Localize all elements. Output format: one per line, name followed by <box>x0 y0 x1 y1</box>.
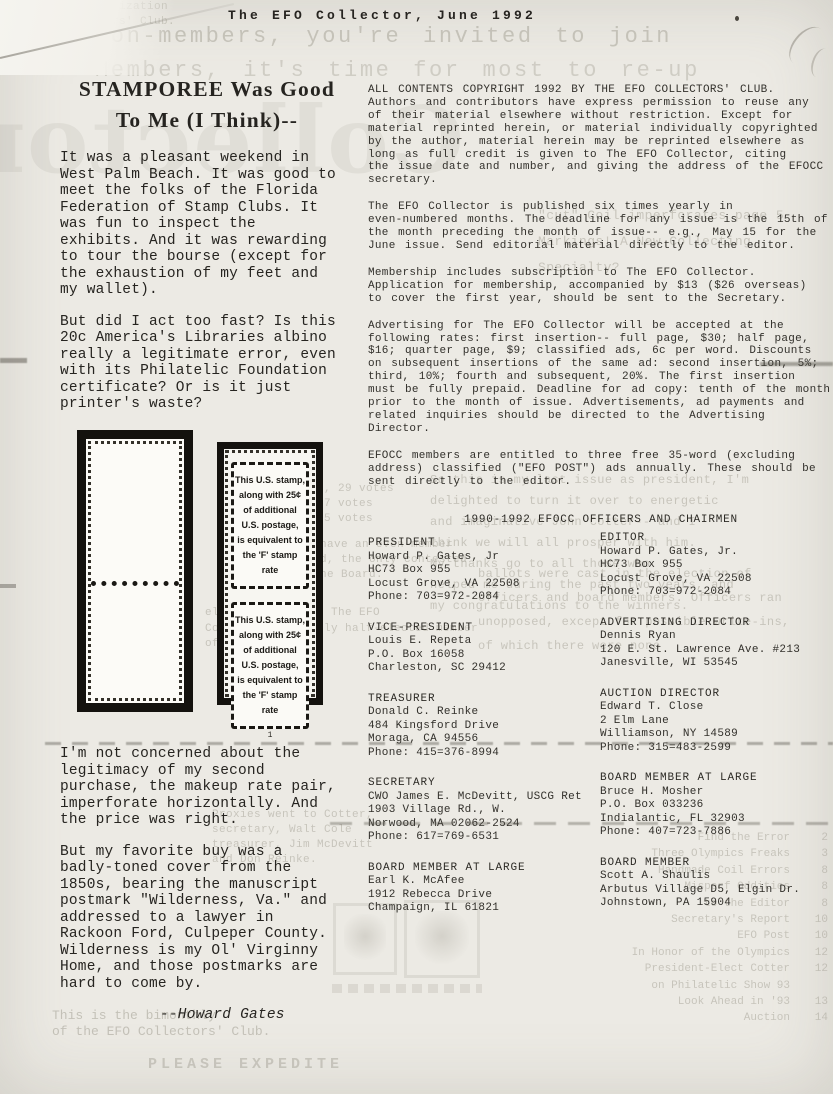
officer-address: Edward T. Close 2 Elm Lane Williamson, N… <box>600 701 833 755</box>
stamp-perforation-edge <box>88 441 182 701</box>
masthead-column: ALL CONTENTS COPYRIGHT 1992 BY THE EFO C… <box>368 84 833 502</box>
officer-title: AUCTION DIRECTOR <box>600 688 833 702</box>
masthead-paragraph: Advertising for The EFO Collector will b… <box>368 320 833 436</box>
article-title: STAMPOREE Was Good To Me (I Think)-- <box>60 74 354 136</box>
officer-block: PRESIDENT Howard P. Gates, Jr HC73 Box 9… <box>368 537 600 605</box>
masthead-paragraph: The EFO Collector is published six times… <box>368 201 833 253</box>
officer-address: Howard P. Gates, Jr. HC73 Box 955 Locust… <box>600 546 833 600</box>
officer-title: ADVERTISING DIRECTOR <box>600 617 833 631</box>
makeup-stamp-text: This U.S. stamp, along with 25¢ of addit… <box>231 602 309 729</box>
masthead-paragraph: EFOCC members are entitled to three free… <box>368 450 833 489</box>
officer-address: CWO James E. McDevitt, USCG Ret 1903 Vil… <box>368 791 600 845</box>
officer-block: VICE-PRESIDENT Louis E. Repeta P.O. Box … <box>368 622 600 676</box>
officer-block: SECRETARY CWO James E. McDevitt, USCG Re… <box>368 777 600 845</box>
officers-section: PRESIDENT Howard P. Gates, Jr HC73 Box 9… <box>368 537 833 933</box>
officer-address: Scott A. Shaulis Arbutus Village D5, Elg… <box>600 870 833 911</box>
officer-block: ADVERTISING DIRECTOR Dennis Ryan 120 E. … <box>600 617 833 671</box>
article-paragraph: But did I act too fast? Is this 20c Amer… <box>60 314 354 413</box>
officer-block: BOARD MEMBER Scott A. Shaulis Arbutus Vi… <box>600 857 833 911</box>
officer-title: PRESIDENT <box>368 537 600 551</box>
officer-address: Howard P. Gates, Jr HC73 Box 955 Locust … <box>368 551 600 605</box>
page-number: 2 <box>18 14 28 32</box>
stamp-perforation-row <box>91 581 179 586</box>
officer-block: BOARD MEMBER AT LARGE Bruce H. Mosher P.… <box>600 772 833 840</box>
article-paragraphs-top: It was a pleasant weekend in West Palm B… <box>60 150 354 413</box>
officer-block: BOARD MEMBER AT LARGE Earl K. McAfee 191… <box>368 862 600 916</box>
author-signature: --Howard Gates <box>160 1007 360 1023</box>
officer-address: Donald C. Reinke 484 Kingsford Drive Mor… <box>368 706 600 760</box>
officer-block: AUCTION DIRECTOR Edward T. Close 2 Elm L… <box>600 688 833 756</box>
article-paragraph: It was a pleasant weekend in West Palm B… <box>60 150 354 299</box>
officer-address: Bruce H. Mosher P.O. Box 033236 Indialan… <box>600 786 833 840</box>
officer-title: TREASURER <box>368 693 600 707</box>
plate-number-mark: 1 <box>224 731 316 740</box>
article-column-top: STAMPOREE Was Good To Me (I Think)-- It … <box>60 74 354 428</box>
officer-block: TREASURER Donald C. Reinke 484 Kingsford… <box>368 693 600 761</box>
officer-title: BOARD MEMBER AT LARGE <box>600 772 833 786</box>
masthead-paragraph: ALL CONTENTS COPYRIGHT 1992 BY THE EFO C… <box>368 84 833 187</box>
officer-address: Louis E. Repeta P.O. Box 16058 Charlesto… <box>368 635 600 676</box>
officer-title: BOARD MEMBER AT LARGE <box>368 862 600 876</box>
officer-title: VICE-PRESIDENT <box>368 622 600 636</box>
scanned-newsletter-page: Non-members, you're invited to join Memb… <box>0 0 833 1094</box>
officers-column-right: EDITOR Howard P. Gates, Jr. HC73 Box 955… <box>600 532 833 933</box>
officer-title: SECRETARY <box>368 777 600 791</box>
article-paragraphs-bottom: I'm not concerned about the legitimacy o… <box>60 746 360 992</box>
article-column-bottom: I'm not concerned about the legitimacy o… <box>60 746 360 1023</box>
masthead-paragraph: Membership includes subscription to The … <box>368 267 833 306</box>
article-paragraph: But my favorite buy was a badly-toned co… <box>60 844 360 993</box>
officer-title: EDITOR <box>600 532 833 546</box>
albino-stamp-pair-illustration <box>77 430 193 712</box>
running-header: The EFO Collector, June 1992 <box>228 8 536 23</box>
makeup-rate-stamp-pair-illustration: This U.S. stamp, along with 25¢ of addit… <box>217 442 323 705</box>
page-content: 2 The EFO Collector, June 1992 STAMPOREE… <box>0 0 833 1094</box>
officers-column-left: PRESIDENT Howard P. Gates, Jr HC73 Box 9… <box>368 537 600 933</box>
article-paragraph: I'm not concerned about the legitimacy o… <box>60 746 360 829</box>
officer-block: EDITOR Howard P. Gates, Jr. HC73 Box 955… <box>600 532 833 600</box>
officer-title: BOARD MEMBER <box>600 857 833 871</box>
officers-heading: 1990-1992 EFOCC OFFICERS AND CHAIRMEN <box>368 514 833 526</box>
officer-address: Earl K. McAfee 1912 Rebecca Drive Champa… <box>368 875 600 916</box>
makeup-stamp-text: This U.S. stamp, along with 25¢ of addit… <box>231 462 309 589</box>
ink-speck <box>735 16 739 21</box>
officer-address: Dennis Ryan 120 E. St. Lawrence Ave. #21… <box>600 630 833 671</box>
